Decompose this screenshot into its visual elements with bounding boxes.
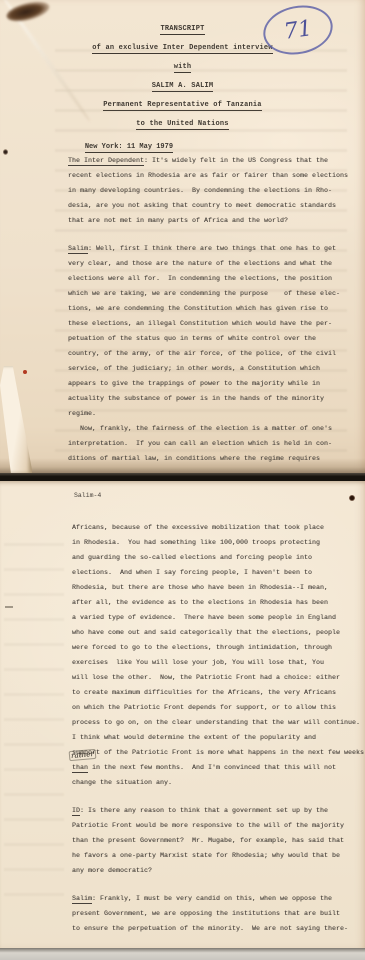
text-line: elections. And when I say forcing people… bbox=[72, 565, 362, 580]
text-line: interpretation. If you can call an elect… bbox=[68, 436, 360, 451]
text-line: after all, the evidence as to the electi… bbox=[72, 595, 362, 610]
text-line: to ensure the perpetuation of the minori… bbox=[72, 921, 362, 936]
text-line: ditions of martial law, in conditions wh… bbox=[68, 451, 360, 466]
text-line: service, of the judiciary; in other word… bbox=[68, 361, 360, 376]
paragraph: ID: Is there any reason to think that a … bbox=[72, 803, 362, 878]
text-line: exercises like You will lose your job, Y… bbox=[72, 655, 362, 670]
title-line-text: TRANSCRIPT bbox=[160, 25, 204, 35]
text-line: regime. bbox=[68, 406, 360, 421]
title-line-text: SALIM A. SALIM bbox=[152, 82, 214, 92]
folded-corner bbox=[0, 366, 32, 473]
underlined-word: than bbox=[72, 764, 88, 773]
text-line: any more democratic? bbox=[72, 863, 362, 878]
paragraph: Salim: Frankly, I must be very candid on… bbox=[72, 891, 362, 936]
text-line: in many developing countries. By condemn… bbox=[68, 183, 360, 198]
text-line: Africans, because of the excessive mobil… bbox=[72, 520, 362, 535]
scanned-transcript: { "colors": { "paper": "#f1e4d0", "ink":… bbox=[0, 0, 365, 960]
handwritten-insert: rather bbox=[69, 749, 97, 761]
text-line: ID: Is there any reason to think that a … bbox=[72, 803, 362, 818]
text-line: elections were all for. In condemning th… bbox=[68, 271, 360, 286]
speaker-label: The Inter Dependent bbox=[68, 157, 144, 166]
page-number-label: Salim-4 bbox=[74, 489, 101, 503]
text-line: Patriotic Front would be more responsive… bbox=[72, 818, 362, 833]
text-line: recent elections in Rhodesia are as fair… bbox=[68, 168, 360, 183]
ink-speck bbox=[3, 149, 8, 155]
text-line: will lose the other. Now, the Patriotic … bbox=[72, 670, 362, 685]
speaker-label: Salim bbox=[72, 895, 92, 904]
text-line: appears to give the trappings of power t… bbox=[68, 376, 360, 391]
dark-speck bbox=[349, 495, 355, 501]
text-line: Now, frankly, the fairness of the electi… bbox=[68, 421, 360, 436]
text-line: ratherthan in the next few months. And I… bbox=[72, 760, 362, 775]
text-line: to create maximum difficulties for the A… bbox=[72, 685, 362, 700]
page2-body: Africans, because of the excessive mobil… bbox=[72, 520, 362, 936]
rust-stain bbox=[332, 488, 350, 501]
text-line: actuality the substance of power is in t… bbox=[68, 391, 360, 406]
text-line: petuation of the status quo in terms of … bbox=[68, 331, 360, 346]
speaker-label: Salim bbox=[68, 245, 88, 254]
text-line: that are not met in many parts of Africa… bbox=[68, 213, 360, 228]
text-line: I think what would determine the extent … bbox=[72, 730, 362, 745]
text-line: were forced to go to the elections, thro… bbox=[72, 640, 362, 655]
scan-bottom-edge bbox=[0, 948, 365, 960]
pencil-dash bbox=[5, 606, 13, 608]
title-line-text: of an exclusive Inter Dependent intervie… bbox=[92, 44, 272, 54]
text-line: Salim: Well, first I think there are two… bbox=[68, 241, 360, 256]
text-line: who have come out and said categorically… bbox=[72, 625, 362, 640]
text-line: which we are taking, we are condemning t… bbox=[68, 286, 360, 301]
title-line: SALIM A. SALIM bbox=[0, 77, 365, 96]
text-line: change the situation any. bbox=[72, 775, 362, 790]
speaker-label: ID bbox=[72, 807, 80, 816]
transcript-page-2: Salim-4 Africans, because of the excessi… bbox=[0, 481, 365, 948]
paragraph: Africans, because of the excessive mobil… bbox=[72, 520, 362, 790]
title-line: Permanent Representative of Tanzania bbox=[0, 96, 365, 115]
red-speck bbox=[23, 370, 27, 374]
text-line: support of the Patriotic Front is more w… bbox=[72, 745, 362, 760]
text-line: Salim: Frankly, I must be very candid on… bbox=[72, 891, 362, 906]
paragraph: Salim: Well, first I think there are two… bbox=[68, 241, 360, 466]
text-line: these elections, an illegal Constitution… bbox=[68, 316, 360, 331]
text-line: very clear, and those are the nature of … bbox=[68, 256, 360, 271]
page1-body: The Inter Dependent: It's widely felt in… bbox=[68, 153, 360, 466]
dateline-text: New York: 11 May 1979 bbox=[85, 143, 173, 153]
title-line: to the United Nations bbox=[0, 115, 365, 134]
text-line: desia, are you not asking that country t… bbox=[68, 198, 360, 213]
text-line: on which the Patriotic Front depends for… bbox=[72, 700, 362, 715]
text-line: country, of the army, of the air force, … bbox=[68, 346, 360, 361]
text-line: he favors a one-party Marxist state for … bbox=[72, 848, 362, 863]
text-line: a varied type of evidence. There have be… bbox=[72, 610, 362, 625]
text-line: process to go on, on the clear understan… bbox=[72, 715, 362, 730]
annotated-word: ratherthan bbox=[72, 760, 88, 775]
text-line: than the present Government? Mr. Mugabe,… bbox=[72, 833, 362, 848]
title-line: with bbox=[0, 58, 365, 77]
text-line: Rhodesia, but there are those who have b… bbox=[72, 580, 362, 595]
transcript-page-1: 71 TRANSCRIPTof an exclusive Inter Depen… bbox=[0, 0, 365, 473]
text-line: The Inter Dependent: It's widely felt in… bbox=[68, 153, 360, 168]
stamp-number: 71 bbox=[282, 16, 313, 45]
title-line-text: Permanent Representative of Tanzania bbox=[103, 101, 261, 111]
title-line-text: with bbox=[174, 63, 192, 73]
ink-bleedthrough bbox=[4, 521, 64, 901]
text-line: present Government, we are opposing the … bbox=[72, 906, 362, 921]
text-line: in Rhodesia. You had something like 100,… bbox=[72, 535, 362, 550]
text-line: tions, we are condemning the Constitutio… bbox=[68, 301, 360, 316]
text-line: and guarding the so-called elections and… bbox=[72, 550, 362, 565]
paragraph: The Inter Dependent: It's widely felt in… bbox=[68, 153, 360, 228]
